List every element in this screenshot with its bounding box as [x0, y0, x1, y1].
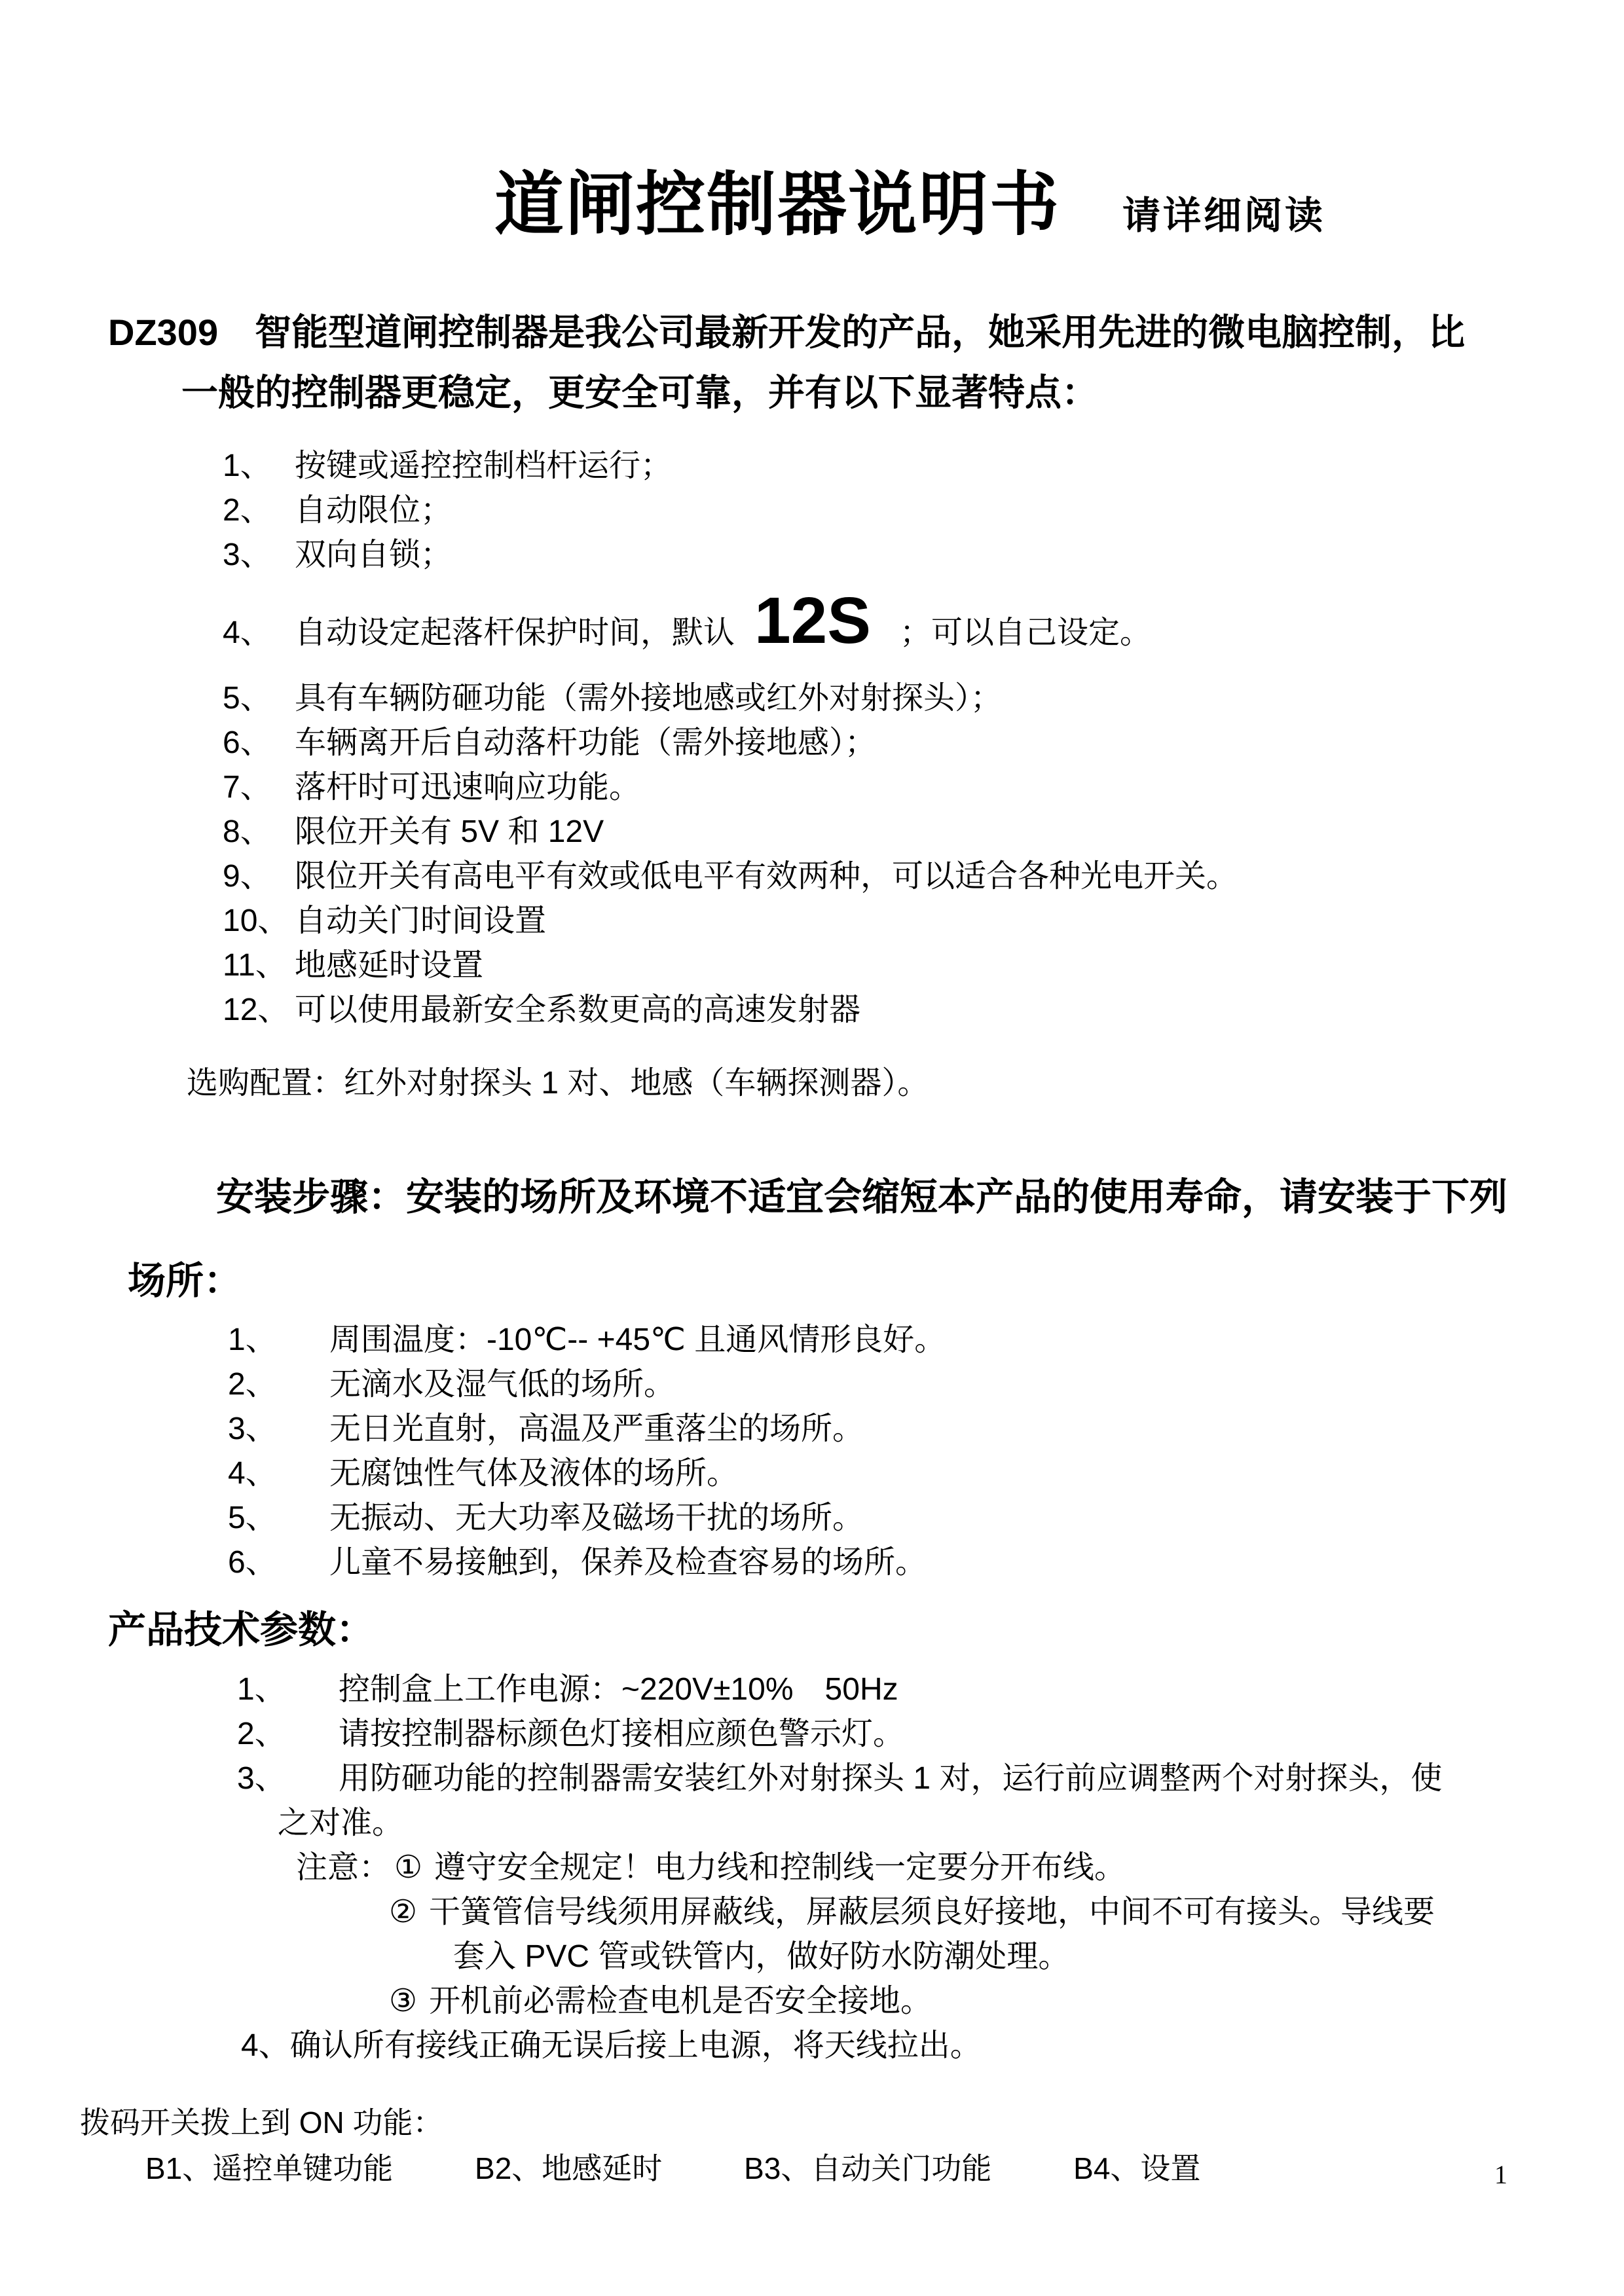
location-item: 3、 无日光直射，高温及严重落尘的场所。 — [228, 1407, 1624, 1451]
dip-function-b1: B1、遥控单键功能 — [145, 2151, 393, 2185]
location-item-text: 无日光直射，高温及严重落尘的场所。 — [329, 1407, 864, 1451]
location-item: 4、 无腐蚀性气体及液体的场所。 — [228, 1451, 1624, 1496]
circled-1-marker: ① — [390, 1846, 434, 1890]
feature-item: 11、 地感延时设置 — [223, 943, 1624, 988]
feature-item-text: 限位开关有 5V 和 12V — [295, 810, 604, 854]
feature-item-default-time: 4、 自动设定起落杆保护时间，默认 12S ；可以自己设定。 — [223, 577, 1624, 676]
feature-item: 9、 限位开关有高电平有效或低电平有效两种，可以适合各种光电开关。 — [223, 854, 1624, 899]
spec-item: 2、 请按控制器标颜色灯接相应颜色警示灯。 — [237, 1712, 1545, 1757]
location-item-number: 1、 — [228, 1318, 329, 1362]
feature-item-text: ；可以自己设定。 — [891, 590, 1151, 676]
feature-item-number: 2、 — [223, 488, 295, 533]
specs-heading: 产品技术参数： — [108, 1601, 1624, 1660]
feature-item-number: 6、 — [223, 721, 295, 765]
feature-item-text: 自动限位； — [295, 488, 452, 533]
feature-item: 3、 双向自锁； — [223, 533, 1624, 577]
feature-item: 6、 车辆离开后自动落杆功能（需外接地感）； — [223, 721, 1624, 765]
feature-item: 1、 按键或遥控控制档杆运行； — [223, 444, 1624, 488]
spec-item-text: 请按控制器标颜色灯接相应颜色警示灯。 — [339, 1712, 904, 1757]
default-time-value: 12S — [735, 577, 891, 664]
feature-item-number: 12、 — [223, 988, 295, 1032]
circled-3-marker: ③ — [385, 1979, 429, 2024]
note-item-1: 注意： ① 遵守安全规定！电力线和控制线一定要分开布线。 — [296, 1846, 1545, 1890]
location-item-text: 儿童不易接触到，保养及检查容易的场所。 — [329, 1540, 927, 1585]
feature-item-number: 3、 — [223, 533, 295, 577]
feature-item-text: 地感延时设置 — [295, 943, 483, 988]
feature-item: 2、 自动限位； — [223, 488, 1624, 533]
feature-item-text: 落杆时可迅速响应功能。 — [295, 765, 640, 810]
note-item-3: ③ 开机前必需检查电机是否安全接地。 — [385, 1979, 1545, 2024]
dip-switch-heading: 拨码开关拨上到 ON 功能： — [80, 2100, 1624, 2145]
spec-item-number: 1、 — [237, 1667, 339, 1712]
title-row: 道闸控制器说明书 请详细阅读 — [0, 0, 1624, 249]
feature-item-number: 7、 — [223, 765, 295, 810]
feature-item-text: 按键或遥控控制档杆运行； — [295, 444, 672, 488]
feature-item-number: 4、 — [223, 590, 295, 676]
location-item: 5、 无振动、无大功率及磁场干扰的场所。 — [228, 1496, 1624, 1540]
feature-item: 8、 限位开关有 5V 和 12V — [223, 810, 1624, 854]
feature-item-text: 自动设定起落杆保护时间，默认 — [295, 590, 735, 676]
spec-item-text: 控制盒上工作电源：~220V±10% 50Hz — [339, 1667, 898, 1712]
intro-line-1: DZ309 智能型道闸控制器是我公司最新开发的产品，她采用先进的微电脑控制，比 — [108, 302, 1532, 363]
location-item: 6、 儿童不易接触到，保养及检查容易的场所。 — [228, 1540, 1624, 1585]
notes-block: 注意： ① 遵守安全规定！电力线和控制线一定要分开布线。 ② 干簧管信号线须用屏… — [296, 1846, 1545, 2024]
spec-item-text: 用防砸功能的控制器需安装红外对射探头 1 对，运行前应调整两个对射探头，使 — [339, 1757, 1442, 1801]
location-item-text: 周围温度：-10℃-- +45℃ 且通风情形良好。 — [329, 1318, 946, 1362]
location-item-number: 2、 — [228, 1362, 329, 1407]
location-item-number: 3、 — [228, 1407, 329, 1451]
dip-function-b2: B2、地感延时 — [475, 2151, 662, 2185]
manual-page: 道闸控制器说明书 请详细阅读 DZ309 智能型道闸控制器是我公司最新开发的产品… — [0, 0, 1624, 2296]
note-item-2-continuation: 套入 PVC 管或铁管内，做好防水防潮处理。 — [453, 1935, 1545, 1979]
location-item-text: 无振动、无大功率及磁场干扰的场所。 — [329, 1496, 864, 1540]
feature-item-text: 具有车辆防砸功能（需外接地感或红外对射探头）； — [295, 676, 1002, 721]
feature-item-text: 自动关门时间设置 — [295, 899, 546, 943]
feature-item-text: 限位开关有高电平有效或低电平有效两种，可以适合各种光电开关。 — [295, 854, 1238, 899]
feature-list: 1、 按键或遥控控制档杆运行； 2、 自动限位； 3、 双向自锁； 4、 自动设… — [223, 444, 1624, 1032]
feature-item-text: 双向自锁； — [295, 533, 452, 577]
spec-item: 3、 用防砸功能的控制器需安装红外对射探头 1 对，运行前应调整两个对射探头，使 — [237, 1757, 1545, 1801]
location-item-number: 4、 — [228, 1451, 329, 1496]
feature-item-number: 11、 — [223, 943, 295, 988]
feature-item: 10、 自动关门时间设置 — [223, 899, 1624, 943]
feature-item-text: 可以使用最新安全系数更高的高速发射器 — [295, 988, 860, 1032]
intro-paragraph: DZ309 智能型道闸控制器是我公司最新开发的产品，她采用先进的微电脑控制，比 … — [108, 302, 1532, 423]
note-text: 干簧管信号线须用屏蔽线，屏蔽层须良好接地，中间不可有接头。导线要 — [429, 1890, 1435, 1935]
page-number: 1 — [1494, 2159, 1507, 2190]
feature-item-number: 8、 — [223, 810, 295, 854]
feature-item-number: 10、 — [223, 899, 295, 943]
intro-line-2: 一般的控制器更稳定，更安全可靠，并有以下显著特点： — [108, 363, 1532, 423]
location-item-text: 无腐蚀性气体及液体的场所。 — [329, 1451, 738, 1496]
location-list: 1、 周围温度：-10℃-- +45℃ 且通风情形良好。 2、 无滴水及湿气低的… — [228, 1318, 1624, 1585]
location-item-number: 6、 — [228, 1540, 329, 1585]
location-item-text: 无滴水及湿气低的场所。 — [329, 1362, 675, 1407]
spec-item-continuation: 之对准。 — [278, 1801, 1545, 1846]
location-item: 1、 周围温度：-10℃-- +45℃ 且通风情形良好。 — [228, 1318, 1624, 1362]
dip-switch-functions: B1、遥控单键功能 B2、地感延时 B3、自动关门功能 B4、设置 — [145, 2145, 1624, 2191]
feature-item-number: 9、 — [223, 854, 295, 899]
final-step-item: 4、确认所有接线正确无误后接上电源，将天线拉出。 — [241, 2024, 1624, 2068]
circled-2-marker: ② — [385, 1890, 429, 1935]
spec-item: 1、 控制盒上工作电源：~220V±10% 50Hz — [237, 1667, 1545, 1712]
note-item-2: ② 干簧管信号线须用屏蔽线，屏蔽层须良好接地，中间不可有接头。导线要 — [385, 1890, 1545, 1935]
feature-item: 5、 具有车辆防砸功能（需外接地感或红外对射探头）； — [223, 676, 1624, 721]
feature-item-number: 5、 — [223, 676, 295, 721]
spec-item-number: 3、 — [237, 1757, 339, 1801]
feature-item: 7、 落杆时可迅速响应功能。 — [223, 765, 1624, 810]
optional-accessories: 选购配置：红外对射探头 1 对、地感（车辆探测器）。 — [187, 1061, 1624, 1106]
feature-item: 12、 可以使用最新安全系数更高的高速发射器 — [223, 988, 1624, 1032]
install-heading-line1: 安装步骤：安装的场所及环境不适宜会缩短本产品的使用寿命，请安装于下列 — [216, 1166, 1526, 1229]
note-text: 开机前必需检查电机是否安全接地。 — [429, 1979, 932, 2024]
spec-item-number: 2、 — [237, 1712, 339, 1757]
note-text: 遵守安全规定！电力线和控制线一定要分开布线。 — [434, 1846, 1126, 1890]
note-label: 注意： — [296, 1846, 390, 1890]
location-item: 2、 无滴水及湿气低的场所。 — [228, 1362, 1624, 1407]
dip-function-b4: B4、设置 — [1073, 2151, 1200, 2185]
page-title-note: 请详细阅读 — [1122, 185, 1325, 240]
install-heading-line2: 场所： — [128, 1250, 1624, 1313]
page-title: 道闸控制器说明书 — [494, 149, 1060, 249]
feature-item-number: 1、 — [223, 444, 295, 488]
feature-item-text: 车辆离开后自动落杆功能（需外接地感）； — [295, 721, 876, 765]
dip-function-b3: B3、自动关门功能 — [744, 2151, 991, 2185]
specs-list: 1、 控制盒上工作电源：~220V±10% 50Hz 2、 请按控制器标颜色灯接… — [237, 1667, 1545, 1846]
location-item-number: 5、 — [228, 1496, 329, 1540]
